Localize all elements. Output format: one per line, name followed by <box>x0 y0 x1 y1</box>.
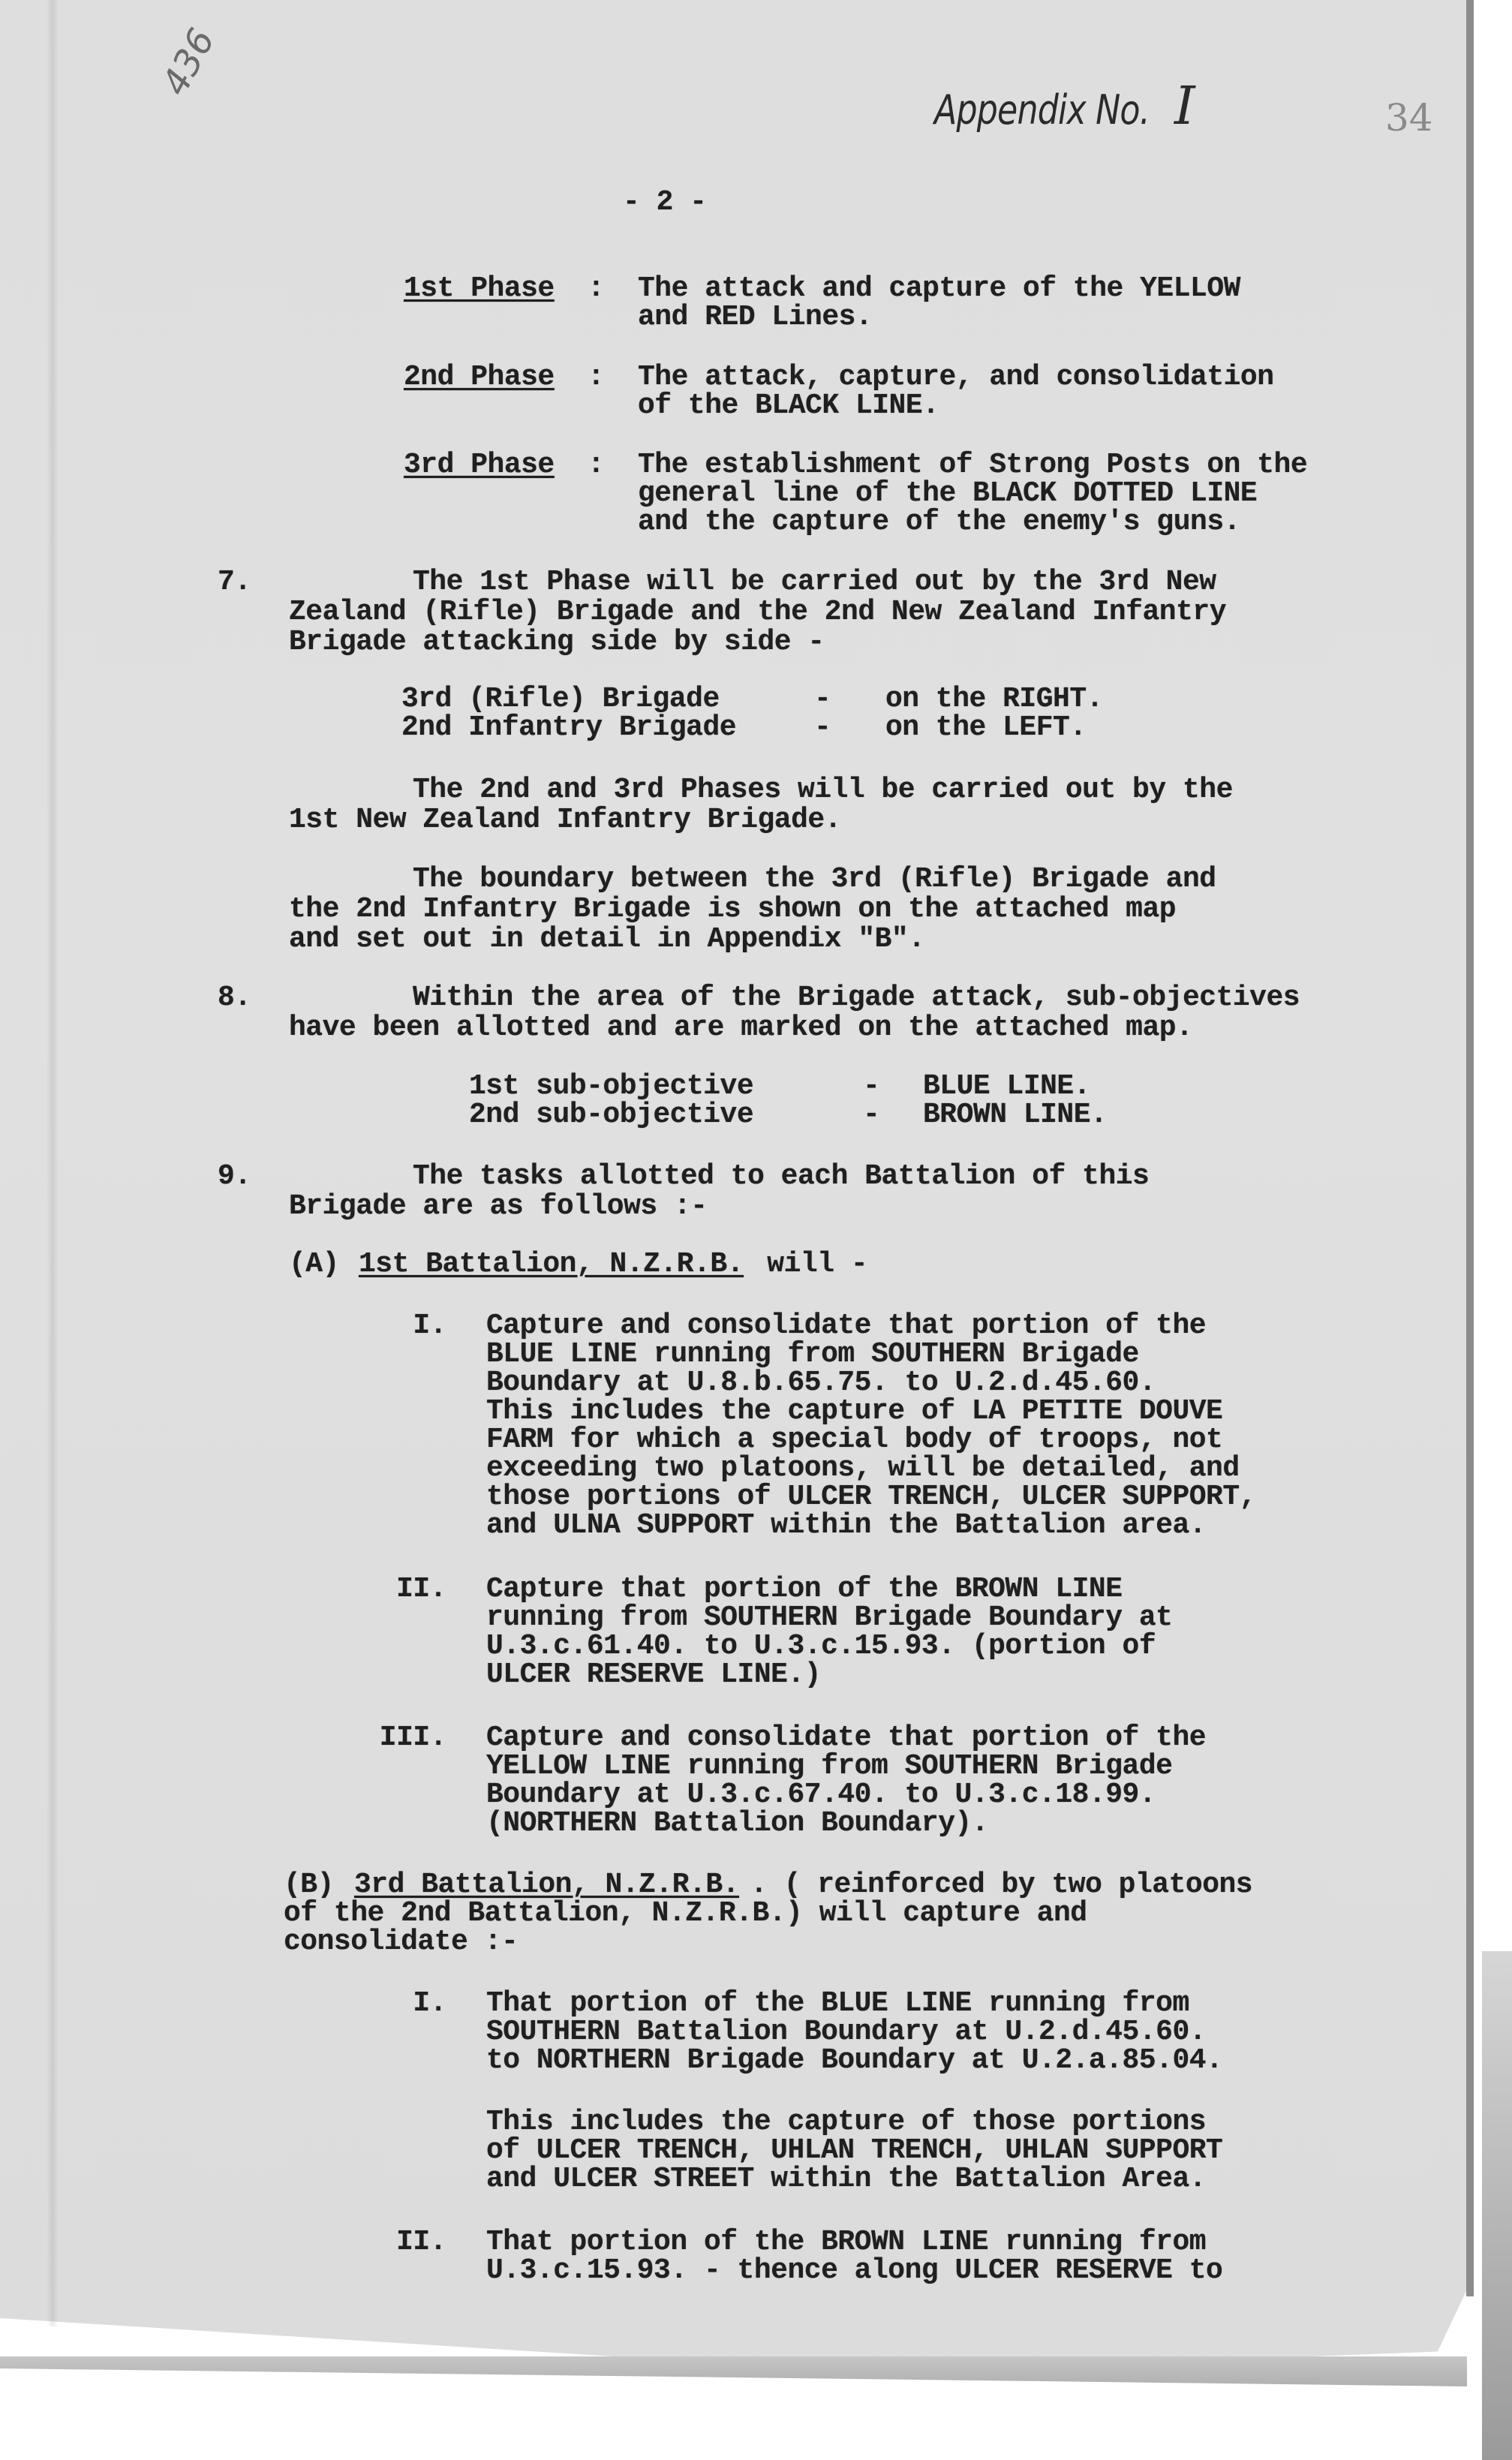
section-a-item-3-line-3: Boundary at U.3.c.67.40. to U.3.c.18.99. <box>486 1780 1156 1810</box>
section-a-item-2-line-1: Capture that portion of the BROWN LINE <box>486 1574 1123 1604</box>
sub-objective-dash-1: - <box>863 1072 879 1102</box>
para7-follow2-line-2: the 2nd Infantry Brigade is shown on the… <box>289 895 1176 925</box>
para7-line-3: Brigade attacking side by side - <box>289 627 825 657</box>
section-a-item-2-line-3: U.3.c.61.40. to U.3.c.15.93. (portion of <box>486 1631 1156 1662</box>
section-a-item-1-line-5: FARM for which a special body of troops,… <box>486 1425 1222 1455</box>
section-a-item-3-numeral: III. <box>379 1723 446 1753</box>
section-a-unit: 1st Battalion, N.Z.R.B. <box>359 1250 744 1280</box>
assignment-unit-1: 3rd (Rifle) Brigade <box>401 684 720 714</box>
section-b-item-1-note-line-3: and ULCER STREET within the Battalion Ar… <box>486 2164 1206 2194</box>
section-b-item-2-line-2: U.3.c.15.93. - thence along ULCER RESERV… <box>486 2256 1222 2286</box>
para9-line-2: Brigade are as follows :- <box>289 1192 708 1222</box>
para7-follow2-line-3: and set out in detail in Appendix "B". <box>289 925 925 955</box>
section-a-item-2-numeral: II. <box>379 1574 446 1604</box>
underlying-page-edge <box>1482 1951 1512 2460</box>
phase-colon-2: : <box>588 362 604 392</box>
section-a-item-1-line-7: those portions of ULCER TRENCH, ULCER SU… <box>486 1482 1256 1512</box>
phase-colon-1: : <box>588 274 604 304</box>
section-a-item-3-line-1: Capture and consolidate that portion of … <box>486 1723 1206 1753</box>
phase-label-1: 1st Phase <box>404 274 555 304</box>
appendix-stamp-label: Appendix No. <box>934 86 1150 134</box>
section-a-item-1-line-2: BLUE LINE running from SOUTHERN Brigade <box>486 1340 1139 1370</box>
paragraph-number-8: 8. <box>218 983 251 1013</box>
paragraph-number-9: 9. <box>218 1162 251 1192</box>
paragraph-number-7: 7. <box>218 567 251 597</box>
phase-label-3: 3rd Phase <box>404 450 555 480</box>
assignment-dash-2: - <box>814 713 831 743</box>
section-b-line-1: . ( reinforced by two platoons <box>750 1870 1252 1900</box>
section-b-prefix: (B) <box>284 1870 334 1900</box>
phase-desc-3-line-1: The establishment of Strong Posts on the <box>638 450 1307 480</box>
section-a-item-1-numeral: I. <box>379 1311 446 1341</box>
sub-objective-name-1: 1st sub-objective <box>469 1072 753 1102</box>
phase-desc-2-line-2: of the BLACK LINE. <box>638 391 939 421</box>
page-stamp-number: 34 <box>1385 96 1433 140</box>
section-b-item-2-numeral: II. <box>379 2227 446 2257</box>
phase-desc-1-line-1: The attack and capture of the YELLOW <box>638 274 1240 304</box>
assignment-position-1: on the RIGHT. <box>885 684 1103 714</box>
section-a-prefix: (A) <box>289 1250 339 1280</box>
section-b-item-1-note-line-1: This includes the capture of those porti… <box>486 2107 1206 2137</box>
phase-desc-2-line-1: The attack, capture, and consolidation <box>638 362 1274 392</box>
para7-line-2: Zealand (Rifle) Brigade and the 2nd New … <box>289 597 1226 627</box>
assignment-position-2: on the LEFT. <box>885 713 1087 743</box>
section-b-unit: 3rd Battalion, N.Z.R.B. <box>354 1870 739 1900</box>
para7-follow1-line-2: 1st New Zealand Infantry Brigade. <box>289 805 841 835</box>
section-a-item-1-line-8: and ULNA SUPPORT within the Battalion ar… <box>486 1511 1206 1541</box>
sub-objective-dash-2: - <box>863 1100 879 1130</box>
section-a-item-1-line-4: This includes the capture of LA PETITE D… <box>486 1397 1222 1427</box>
para8-line-1: Within the area of the Brigade attack, s… <box>413 983 1300 1013</box>
section-b-item-1-line-3: to NORTHERN Brigade Boundary at U.2.a.85… <box>486 2046 1222 2076</box>
section-b-item-2-line-1: That portion of the BROWN LINE running f… <box>486 2227 1206 2257</box>
para8-line-2: have been allotted and are marked on the… <box>289 1013 1192 1043</box>
section-a-item-1-line-6: exceeding two platoons, will be detailed… <box>486 1454 1240 1484</box>
page-fold-shadow <box>47 0 59 2326</box>
para7-follow1-line-1: The 2nd and 3rd Phases will be carried o… <box>413 775 1233 805</box>
section-b-item-1-note-line-2: of ULCER TRENCH, UHLAN TRENCH, UHLAN SUP… <box>486 2136 1222 2166</box>
sub-objective-line-2: BROWN LINE. <box>923 1100 1107 1130</box>
section-a-item-3-line-2: YELLOW LINE running from SOUTHERN Brigad… <box>486 1752 1172 1782</box>
section-b-line-2: of the 2nd Battalion, N.Z.R.B.) will cap… <box>284 1899 1087 1929</box>
page-right-edge <box>1466 0 1474 2296</box>
section-b-item-1-numeral: I. <box>379 1989 446 2019</box>
sub-objective-line-1: BLUE LINE. <box>923 1072 1090 1102</box>
phase-label-2: 2nd Phase <box>404 362 555 392</box>
phase-desc-3-line-2: general line of the BLACK DOTTED LINE <box>638 479 1257 509</box>
section-b-item-1-line-1: That portion of the BLUE LINE running fr… <box>486 1989 1189 2019</box>
page-number: - 2 - <box>623 188 707 218</box>
section-a-item-3-line-4: (NORTHERN Battalion Boundary). <box>486 1809 988 1839</box>
section-b-line-3: consolidate :- <box>284 1927 518 1957</box>
section-a-item-1-line-3: Boundary at U.8.b.65.75. to U.2.d.45.60. <box>486 1368 1156 1398</box>
phase-desc-3-line-3: and the capture of the enemy's guns. <box>638 507 1240 537</box>
para7-follow2-line-1: The boundary between the 3rd (Rifle) Bri… <box>413 865 1216 895</box>
phase-colon-3: : <box>588 450 604 480</box>
para9-line-1: The tasks allotted to each Battalion of … <box>413 1162 1149 1192</box>
para7-line-1: The 1st Phase will be carried out by the… <box>413 567 1216 597</box>
section-a-item-2-line-4: ULCER RESERVE LINE.) <box>486 1660 821 1690</box>
sub-objective-name-2: 2nd sub-objective <box>469 1100 753 1130</box>
phase-desc-1-line-2: and RED Lines. <box>638 302 872 332</box>
section-b-item-1-line-2: SOUTHERN Battalion Boundary at U.2.d.45.… <box>486 2017 1206 2047</box>
appendix-stamp-number: I <box>1174 75 1195 137</box>
assignment-dash-1: - <box>814 684 831 714</box>
section-a-suffix: will - <box>750 1250 867 1280</box>
assignment-unit-2: 2nd Infantry Brigade <box>401 713 736 743</box>
section-a-item-2-line-2: running from SOUTHERN Brigade Boundary a… <box>486 1603 1172 1633</box>
section-a-item-1-line-1: Capture and consolidate that portion of … <box>486 1311 1206 1341</box>
